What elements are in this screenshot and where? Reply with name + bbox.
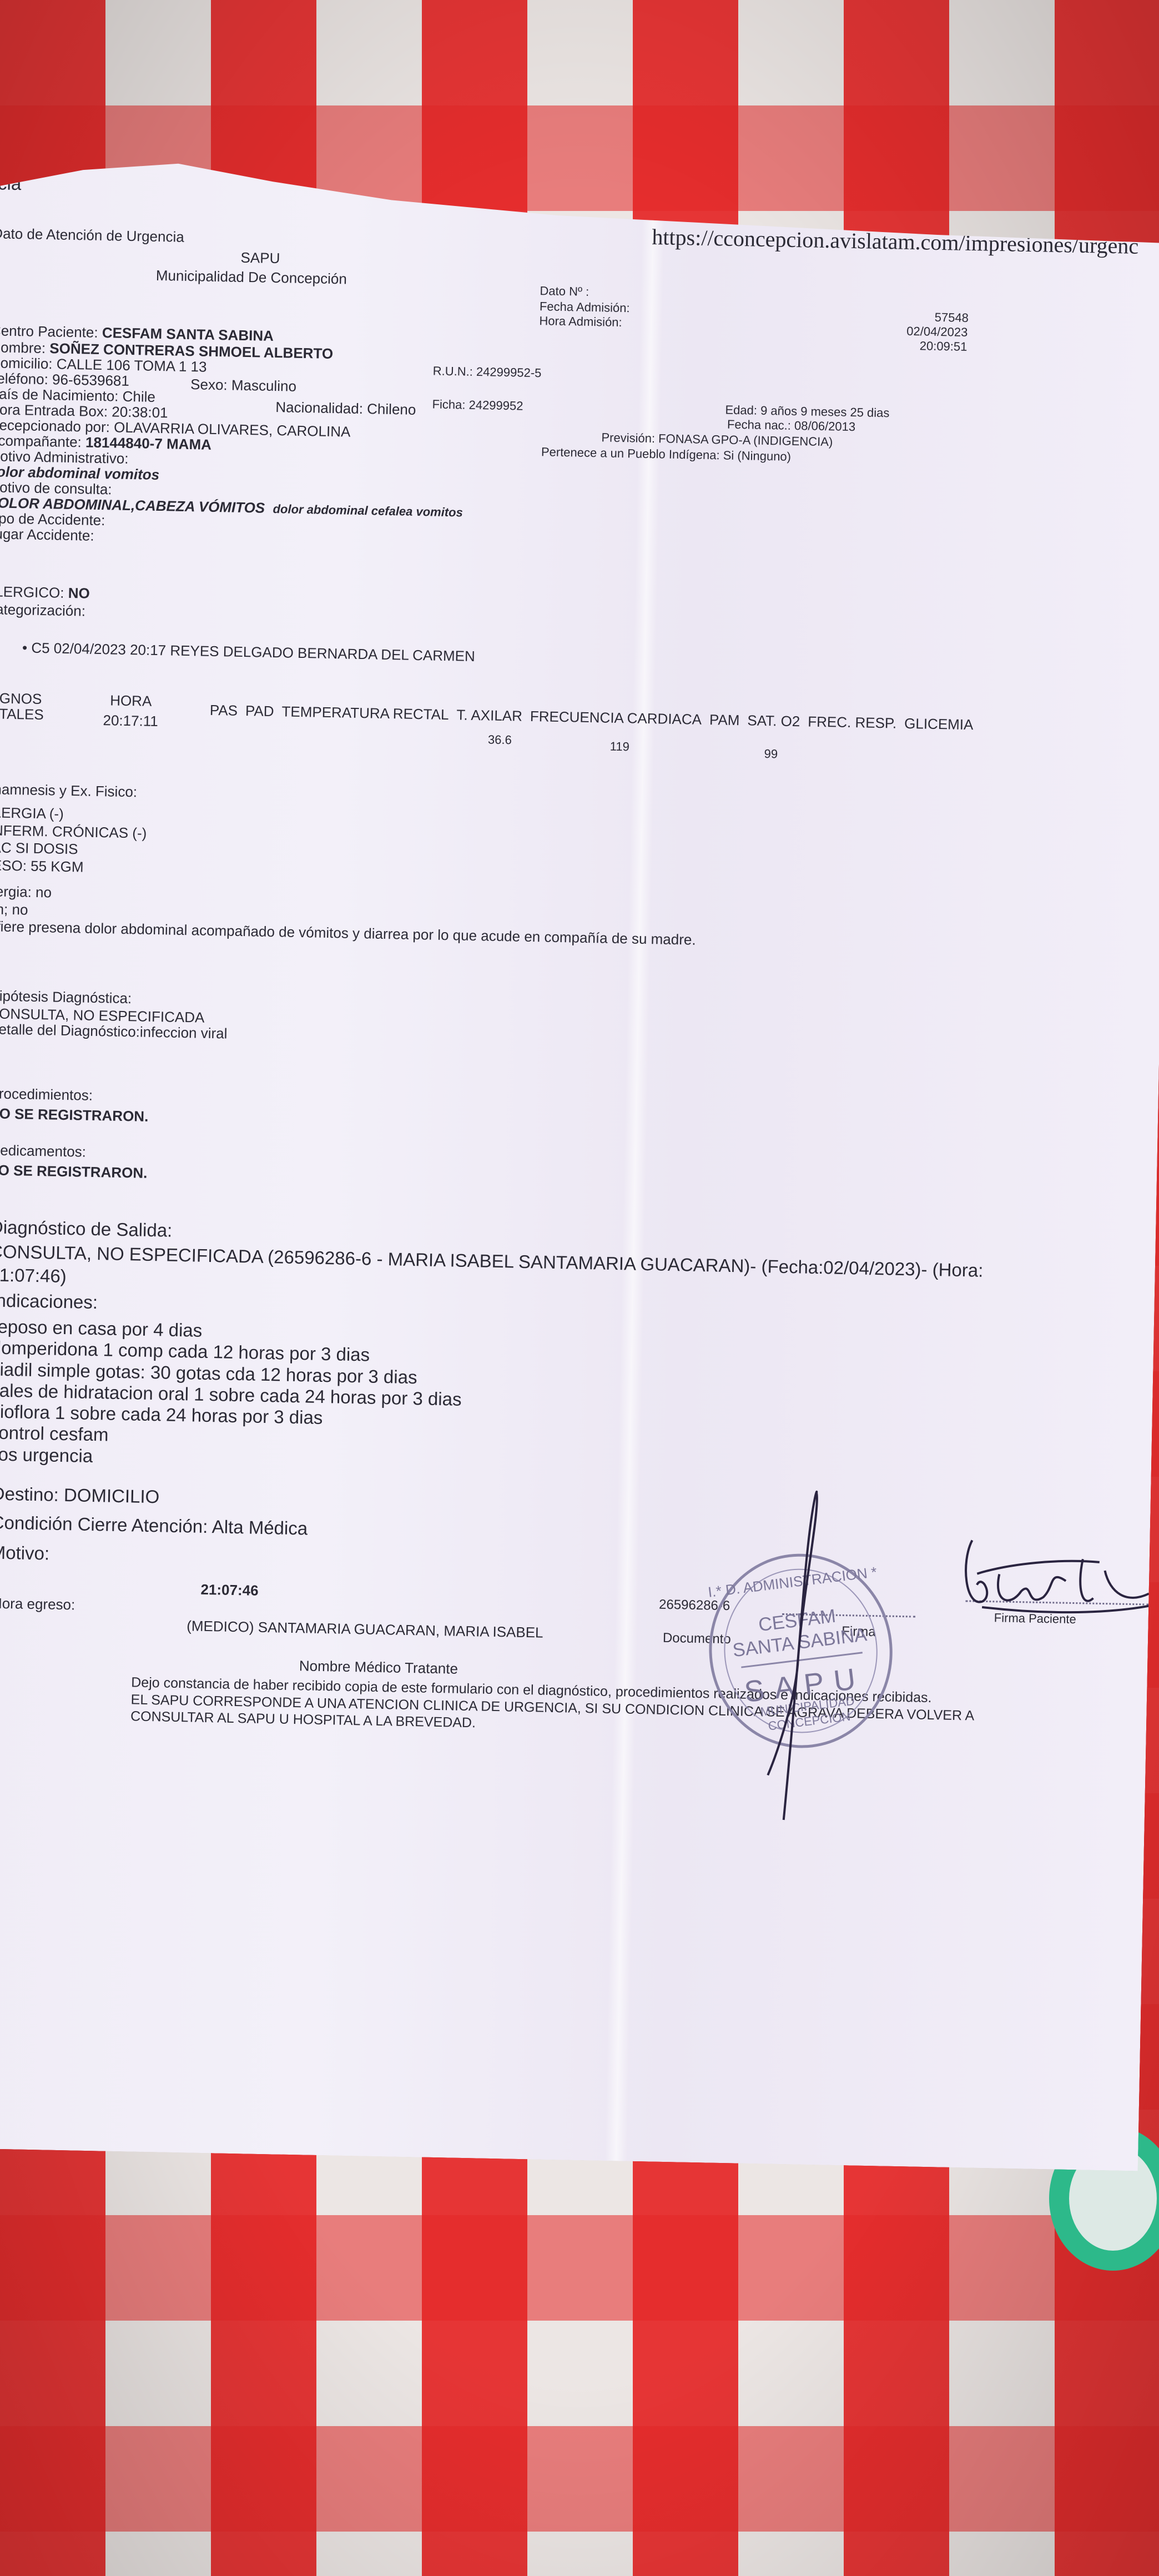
centro-label: Centro Paciente:: [0, 322, 98, 341]
pais-value: Chile: [122, 388, 155, 405]
document-content: cia Dato de Atención de Urgencia SAPU Mu…: [0, 128, 1159, 2171]
hora-admision-label: Hora Admisión:: [539, 314, 622, 330]
fecha-admision-value: 02/04/2023: [906, 324, 968, 340]
condicion-label: Condición Cierre Atención:: [0, 1512, 208, 1537]
nacionalidad-value: Chileno: [367, 400, 416, 418]
medico-tratante-label: Nombre Médico Tratante: [299, 1657, 458, 1678]
procedimientos-label: Procedimientos:: [0, 1085, 93, 1104]
destino-value: DOMICILIO: [64, 1485, 160, 1507]
condicion-cierre: Condición Cierre Atención: Alta Médica: [0, 1512, 308, 1540]
anamnesis-label: Anamnesis y Ex. Fisico:: [0, 781, 137, 801]
indicaciones-label: Indicaciones:: [0, 1289, 98, 1314]
vitals-label-line2: VITALES: [0, 705, 44, 724]
indicaciones-list: reposo en casa por 4 dias domperidona 1 …: [0, 1316, 463, 1473]
edad-label: Edad:: [725, 403, 757, 417]
procedimientos-value: NO SE REGISTRARON.: [0, 1105, 149, 1125]
col-frec-cardiaca: FRECUENCIA CARDIACA: [530, 708, 702, 729]
motivo-consulta-detail: dolor abdominal cefalea vomitos: [273, 502, 463, 520]
medicamentos-label: Medicamentos:: [0, 1141, 86, 1161]
ficha-value: 24299952: [468, 398, 523, 413]
prevision-value: FONASA GPO-A (INDIGENCIA): [658, 431, 833, 449]
col-pas: PAS: [210, 702, 238, 720]
hipotesis-label: Hipótesis Diagnóstica:: [0, 987, 132, 1008]
anamnesis-notes: alergia: no am; no refiere presena dolor…: [0, 883, 697, 949]
run-label: R.U.N.:: [433, 364, 473, 378]
salida-label: Diagnóstico de Salida:: [0, 1216, 173, 1242]
pueblo-value: Si (Ninguno): [723, 449, 792, 464]
fecha-nac-value: 08/06/2013: [794, 419, 856, 434]
vitals-sat-o2-value: 99: [764, 747, 778, 762]
prevision-label: Previsión:: [601, 430, 655, 445]
telefono-label: Teléfono:: [0, 370, 48, 388]
sexo-label: Sexo:: [190, 376, 228, 393]
categorizacion-label: Categorización:: [0, 601, 85, 620]
vitals-hora-label: HORA: [110, 692, 152, 710]
vitals-t-axilar-value: 36.6: [488, 732, 512, 748]
vitals-columns: PASPADTEMPERATURA RECTALT. AXILARFRECUEN…: [210, 702, 981, 734]
medical-form-sheet: cia Dato de Atención de Urgencia SAPU Mu…: [0, 128, 1159, 2171]
hora-egreso-value: 21:07:46: [200, 1581, 259, 1600]
run-value: 24299952-5: [476, 365, 542, 380]
org-name: SAPU: [240, 249, 280, 268]
col-frec-resp: FREC. RESP.: [808, 713, 896, 733]
col-t-axilar: T. AXILAR: [456, 706, 522, 725]
motivo-cierre-label: Motivo:: [0, 1542, 49, 1565]
dato-label: Dato Nº :: [540, 284, 589, 300]
col-temp-rectal: TEMPERATURA RECTAL: [281, 703, 449, 723]
alergico: ALERGICO: NO: [0, 583, 90, 602]
domicilio-label: Domicilio:: [0, 354, 53, 372]
dato-value: 57548: [934, 310, 969, 326]
vitals-frec-cardiaca-value: 119: [610, 739, 630, 754]
hora-box-value: 20:38:01: [112, 403, 168, 421]
condicion-value: Alta Médica: [211, 1516, 308, 1538]
bullet-icon: •: [22, 639, 32, 656]
edad-value: 9 años 9 meses 25 dias: [760, 404, 890, 420]
nacionalidad: Nacionalidad: Chileno: [275, 399, 416, 419]
col-pad: PAD: [245, 702, 274, 721]
doctor-signature-icon: [744, 1486, 862, 1833]
col-pam: PAM: [709, 711, 740, 729]
run: R.U.N.: 24299952-5: [432, 364, 541, 381]
destino-label: Destino:: [0, 1483, 59, 1505]
nombre-label: Nombre:: [0, 339, 46, 356]
pueblo-label: Pertenece a un Pueblo Indígena:: [541, 445, 720, 462]
sexo-value: Masculino: [231, 376, 297, 394]
hora-egreso-label: Hora egreso:: [0, 1595, 75, 1614]
alergico-label: ALERGICO:: [0, 583, 64, 601]
salida-line1: CONSULTA, NO ESPECIFICADA (26596286-6 - …: [0, 1240, 984, 1282]
fecha-admision-label: Fecha Admisión:: [540, 299, 630, 316]
col-glicemia: GLICEMIA: [904, 715, 974, 734]
print-url[interactable]: https://cconcepcion.avislatam.com/impres…: [652, 224, 1139, 260]
anamnesis-lines: ALERGIA (-) ENFERM. CRÓNICAS (-) VAC SI …: [0, 804, 147, 878]
title-fragment: cia: [0, 172, 22, 195]
ficha: Ficha: 24299952: [432, 397, 523, 414]
anamnesis-line: PESO: 55 KGM: [0, 857, 146, 877]
anamnesis-line: ALERGIA (-): [0, 804, 147, 824]
patient-signature-icon: [960, 1518, 1159, 1622]
alergico-value: NO: [68, 585, 90, 602]
medico-tratante-value: (MEDICO) SANTAMARIA GUACARAN, MARIA ISAB…: [187, 1617, 543, 1642]
org-subname: Municipalidad De Concepción: [156, 267, 347, 288]
lugar-accidente-label: Lugar Accidente:: [0, 525, 94, 545]
anamnesis-line: ENFERM. CRÓNICAS (-): [0, 822, 147, 842]
salida-line2: 21:07:46): [0, 1264, 67, 1287]
categorizacion-item: • C5 02/04/2023 20:17 REYES DELGADO BERN…: [22, 639, 475, 665]
medicamentos-value: NO SE REGISTRARON.: [0, 1161, 148, 1182]
destino: Destino: DOMICILIO: [0, 1483, 160, 1508]
fecha-nacimiento: Fecha nac.: 08/06/2013: [727, 417, 856, 435]
categorizacion-value: C5 02/04/2023 20:17 REYES DELGADO BERNAR…: [31, 640, 475, 665]
anamnesis-line: VAC SI DOSIS: [0, 839, 147, 859]
ficha-label: Ficha:: [432, 397, 465, 411]
form-title: Dato de Atención de Urgencia: [0, 225, 184, 246]
hora-admision-value: 20:09:51: [919, 339, 967, 354]
vitals-hora-value: 20:17:11: [103, 712, 158, 731]
nacionalidad-label: Nacionalidad:: [275, 399, 363, 417]
col-sat-o2: SAT. O2: [747, 712, 800, 731]
fecha-nac-label: Fecha nac.:: [727, 417, 791, 432]
sexo: Sexo: Masculino: [190, 376, 296, 395]
